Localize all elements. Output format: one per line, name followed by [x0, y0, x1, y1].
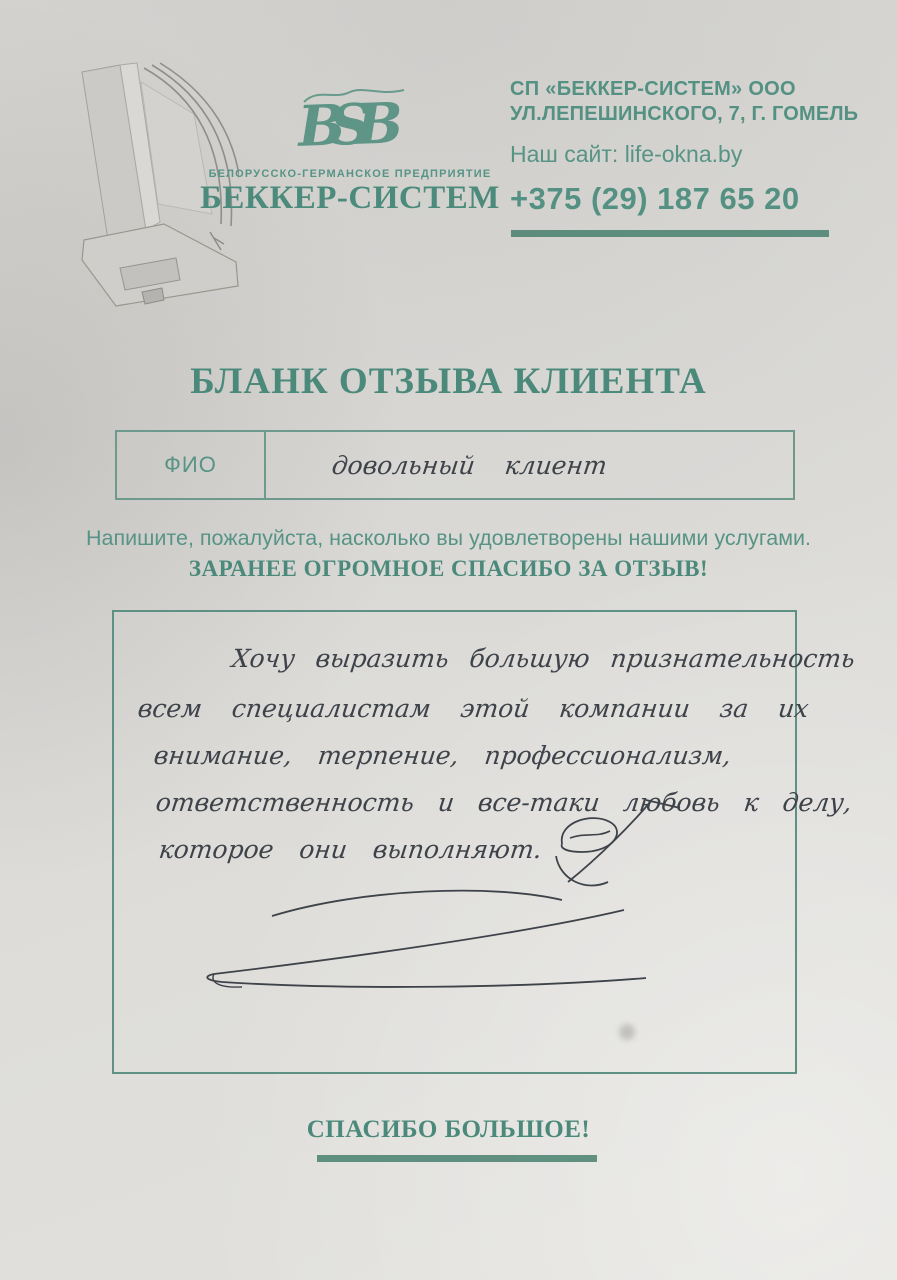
review-line: которое они выполняют. [157, 835, 543, 864]
fio-handwritten-value: довольный клиент [330, 451, 608, 480]
logo-company-name: БЕККЕР-СИСТЕМ [178, 180, 522, 217]
photographed-feedback-form: BSB БЕЛОРУССКО-ГЕРМАНСКОЕ ПРЕДПРИЯТИЕ БЕ… [0, 0, 897, 1280]
instruction-text: Напишите, пожалуйста, насколько вы удовл… [0, 526, 897, 551]
review-line: Хочу выразить большую признательность [230, 644, 856, 673]
review-line: ответственность и все-таки любовь к делу… [154, 788, 853, 817]
logo-tagline: БЕЛОРУССКО-ГЕРМАНСКОЕ ПРЕДПРИЯТИЕ [198, 168, 502, 180]
contact-website-line: Наш сайт: life-okna.by [510, 141, 870, 168]
form-title: БЛАНК ОТЗЫВА КЛИЕНТА [0, 360, 897, 403]
contact-address-line: УЛ.ЛЕПЕШИНСКОГО, 7, Г. ГОМЕЛЬ [510, 103, 890, 126]
contact-phone-number: +375 (29) 187 65 20 [510, 181, 890, 217]
review-text-box: Хочу выразить большую признательность вс… [112, 610, 797, 1074]
review-line: внимание, терпение, профессионализм, [152, 741, 733, 770]
thanks-in-advance-text: ЗАРАНЕЕ ОГРОМНОЕ СПАСИБО ЗА ОТЗЫВ! [0, 556, 897, 582]
logo-monogram: BSB [297, 90, 409, 160]
footer-thanks-text: СПАСИБО БОЛЬШОЕ! [0, 1116, 897, 1144]
fio-value-cell: довольный клиент [266, 432, 793, 498]
contact-company-line: СП «БЕККЕР-СИСТЕМ» ООО [510, 78, 870, 101]
footer-underline-rule [317, 1155, 597, 1162]
review-line: всем специалистам этой компании за их [136, 694, 810, 723]
fio-label: ФИО [164, 452, 217, 478]
contact-underline-rule [511, 230, 829, 237]
paper-smudge [619, 1024, 635, 1040]
fio-label-cell: ФИО [117, 432, 266, 498]
fio-field-row: ФИО довольный клиент [115, 430, 795, 500]
pen-flourish-icon [184, 864, 744, 1034]
